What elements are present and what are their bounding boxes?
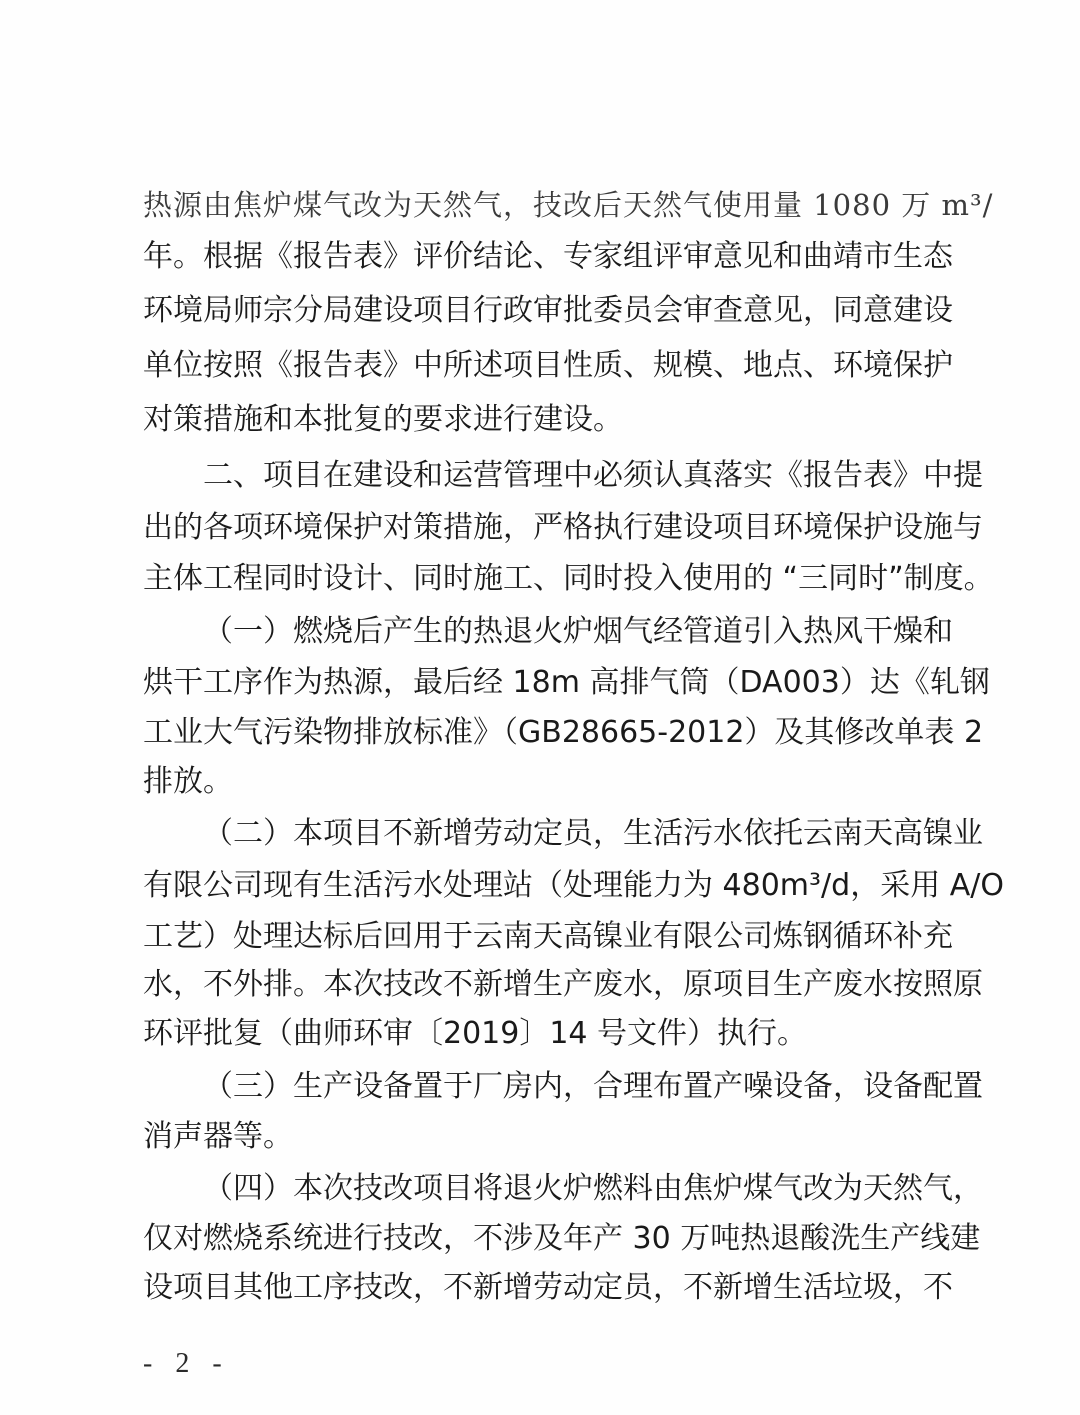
text-line: 设项目其他工序技改，不新增劳动定员，不新增生活垃圾，不: [143, 1262, 938, 1314]
text-line: 对策措施和本批复的要求进行建设。: [143, 394, 938, 446]
item-four-line: （四）本次技改项目将退火炉燃料由焦炉煤气改为天然气，: [143, 1163, 938, 1215]
text-line: 工业大气污染物排放标准》（GB28665-2012）及其修改单表 2: [143, 707, 938, 759]
item-two-line: （二）本项目不新增劳动定员，生活污水依托云南天高镍业: [143, 808, 938, 860]
page-number: - 2 -: [143, 1348, 230, 1380]
section-two-heading-line: 二、项目在建设和运营管理中必须认真落实《报告表》中提: [143, 450, 938, 502]
text-line: 水，不外排。本次技改不新增生产废水，原项目生产废水按照原: [143, 959, 938, 1011]
text-line: 烘干工序作为热源，最后经 18m 高排气筒（DA003）达《轧钢: [143, 657, 938, 709]
text-line: 仅对燃烧系统进行技改，不涉及年产 30 万吨热退酸洗生产线建: [143, 1213, 938, 1265]
item-three-line: （三）生产设备置于厂房内，合理布置产噪设备，设备配置: [143, 1061, 938, 1113]
text-line: 消声器等。: [143, 1111, 938, 1163]
text-line-continuation-heat-source: 热源由焦炉煤气改为天然气，技改后天然气使用量 1080 万 m³/: [143, 179, 938, 231]
text-line: 单位按照《报告表》中所述项目性质、规模、地点、环境保护: [143, 340, 938, 392]
text-line: 排放。: [143, 756, 938, 808]
text-line: 年。根据《报告表》评价结论、专家组评审意见和曲靖市生态: [143, 231, 938, 283]
item-one-line: （一）燃烧后产生的热退火炉烟气经管道引入热风干燥和: [143, 606, 938, 658]
text-line: 环评批复（曲师环审〔2019〕14 号文件）执行。: [143, 1008, 938, 1060]
text-line: 工艺）处理达标后回用于云南天高镍业有限公司炼钢循环补充: [143, 911, 938, 963]
document-page: 热源由焦炉煤气改为天然气，技改后天然气使用量 1080 万 m³/ 年。根据《报…: [0, 0, 1080, 1415]
text-line: 主体工程同时设计、同时施工、同时投入使用的 “三同时”制度。: [143, 553, 938, 605]
text-line: 环境局师宗分局建设项目行政审批委员会审查意见，同意建设: [143, 285, 938, 337]
text-line: 有限公司现有生活污水处理站（处理能力为 480m³/d，采用 A/O: [143, 860, 938, 912]
text-line: 出的各项环境保护对策措施，严格执行建设项目环境保护设施与: [143, 502, 938, 554]
